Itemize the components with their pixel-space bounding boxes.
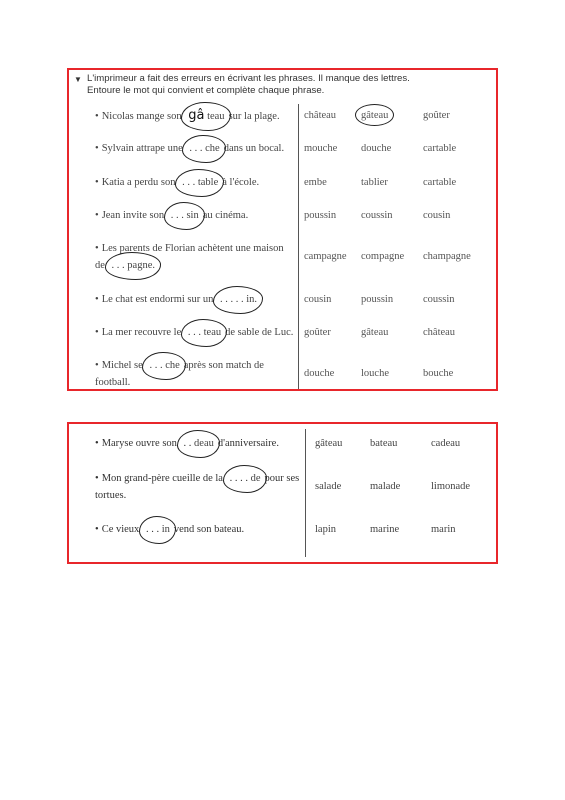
sentence-start: Mon grand-père cueille de la <box>102 473 223 484</box>
sentence-end: à l'école. <box>222 177 259 188</box>
answer-blank[interactable]: . . . pagne. <box>109 257 158 274</box>
answer-blank[interactable]: . . . che <box>146 357 182 374</box>
answer-blank[interactable]: gâ teau <box>185 107 227 125</box>
word-option[interactable]: cadeau <box>431 435 460 452</box>
word-option[interactable]: coussin <box>361 207 393 224</box>
blank-text: . . . <box>188 327 201 338</box>
sentence-start: Jean invite son <box>102 210 164 221</box>
blank-text: . . . . . <box>220 294 244 305</box>
sentence: •La mer recouvre le . . . teaude sable d… <box>95 324 295 341</box>
sentence: •Ce vieux . . . invend son bateau. <box>95 521 307 538</box>
word-option[interactable]: compagne <box>361 248 404 265</box>
triangle-down-icon: ▼ <box>74 74 82 86</box>
bullet: • <box>95 524 99 535</box>
word-option[interactable]: cousin <box>423 207 450 224</box>
blank-text: . . . <box>146 524 159 535</box>
sentence: •Michel se . . . cheaprès son match de f… <box>95 357 295 391</box>
word-option[interactable]: gâteau <box>361 324 388 341</box>
column-divider <box>298 104 299 389</box>
answer-blank[interactable]: . . . . . in. <box>217 291 260 308</box>
bullet: • <box>95 243 99 254</box>
instructions: ▼ L'imprimeur a fait des erreurs en écri… <box>74 73 494 97</box>
blank-text: . . . . <box>230 473 248 484</box>
instruction-line-2: Entoure le mot qui convient et complète … <box>74 85 494 97</box>
word-option[interactable]: château <box>304 107 336 124</box>
bullet: • <box>95 210 99 221</box>
sentence-end: vend son bateau. <box>174 524 244 535</box>
sentence: •Sylvain attrape une . . . chedans un bo… <box>95 140 295 157</box>
instruction-line-1: L'imprimeur a fait des erreurs en écriva… <box>74 73 494 85</box>
blank-text: . . . <box>182 177 195 188</box>
word-option[interactable]: marin <box>431 521 456 538</box>
blank-suffix: in <box>162 524 170 535</box>
word-option[interactable]: louche <box>361 365 389 382</box>
sentence-start: Ce vieux <box>102 524 140 535</box>
word-option[interactable]: bateau <box>370 435 397 452</box>
blank-text: . . . <box>149 360 162 371</box>
bullet: • <box>95 327 99 338</box>
answer-blank[interactable]: . . . teau <box>185 324 224 341</box>
blank-text: . . . <box>171 210 184 221</box>
word-option[interactable]: gâteau <box>315 435 342 452</box>
word-option[interactable]: embe <box>304 174 327 191</box>
word-option[interactable]: bouche <box>423 365 453 382</box>
word-option[interactable]: limonade <box>431 478 470 495</box>
word-option[interactable]: gâteau <box>361 107 388 124</box>
sentence-end: au cinéma. <box>203 210 248 221</box>
blank-suffix: teau <box>207 111 225 122</box>
sentence-end: dans un bocal. <box>224 143 284 154</box>
word-option[interactable]: champagne <box>423 248 471 265</box>
word-option[interactable]: cartable <box>423 174 456 191</box>
blank-suffix: de <box>251 473 261 484</box>
sentence-end: de sable de Luc. <box>225 327 293 338</box>
sentence-start: Katia a perdu son <box>102 177 176 188</box>
word-option[interactable]: cousin <box>304 291 331 308</box>
sentence: •Nicolas mange son gâ teausur la plage. <box>95 107 295 125</box>
sentence-start: La mer recouvre le <box>102 327 182 338</box>
word-option[interactable]: poussin <box>361 291 393 308</box>
blank-suffix: che <box>165 360 180 371</box>
word-option[interactable]: douche <box>304 365 334 382</box>
word-option[interactable]: salade <box>315 478 341 495</box>
word-option[interactable]: douche <box>361 140 391 157</box>
sentence-start: Michel se <box>102 360 143 371</box>
sentence-start: Nicolas mange son <box>102 111 182 122</box>
word-option[interactable]: lapin <box>315 521 336 538</box>
sentence: •Mon grand-père cueille de la . . . . de… <box>95 470 307 504</box>
sentence-start: Maryse ouvre son <box>102 438 177 449</box>
exercise-2-box: •Maryse ouvre son . . deaud'anniversaire… <box>67 422 498 564</box>
answer-blank[interactable]: . . . che <box>186 140 222 157</box>
blank-suffix: che <box>205 143 220 154</box>
blank-text: . . . <box>112 260 125 271</box>
word-option[interactable]: mouche <box>304 140 337 157</box>
blank-suffix: sin <box>186 210 198 221</box>
blank-suffix: teau <box>204 327 222 338</box>
answer-blank[interactable]: . . deau <box>181 435 217 452</box>
bullet: • <box>95 143 99 154</box>
bullet: • <box>95 438 99 449</box>
sentence-start: Sylvain attrape une <box>102 143 183 154</box>
answer-blank[interactable]: . . . sin <box>168 207 202 224</box>
word-option[interactable]: marine <box>370 521 399 538</box>
word-option[interactable]: goûter <box>423 107 450 124</box>
word-option[interactable]: malade <box>370 478 400 495</box>
sentence: •Le chat est endormi sur un . . . . . in… <box>95 291 295 308</box>
blank-text: . . <box>184 438 192 449</box>
bullet: • <box>95 473 99 484</box>
word-option[interactable]: poussin <box>304 207 336 224</box>
sentence: •Jean invite son . . . sinau cinéma. <box>95 207 295 224</box>
sentence-start: Le chat est endormi sur un <box>102 294 214 305</box>
sentence-end: d'anniversaire. <box>218 438 279 449</box>
word-option[interactable]: coussin <box>423 291 455 308</box>
bullet: • <box>95 177 99 188</box>
word-option[interactable]: tablier <box>361 174 388 191</box>
word-option[interactable]: cartable <box>423 140 456 157</box>
blank-suffix: table <box>198 177 218 188</box>
sentence: •Maryse ouvre son . . deaud'anniversaire… <box>95 435 307 452</box>
sentence-end: sur la plage. <box>229 111 280 122</box>
answer-blank[interactable]: . . . in <box>143 521 173 538</box>
answer-blank[interactable]: . . . . de <box>227 470 264 487</box>
exercise-1-box: ▼ L'imprimeur a fait des erreurs en écri… <box>67 68 498 391</box>
sentence: •Katia a perdu son . . . tableà l'école. <box>95 174 295 191</box>
bullet: • <box>95 360 99 371</box>
blank-suffix: in. <box>246 294 257 305</box>
bullet: • <box>95 111 99 122</box>
blank-text: gâ <box>188 108 204 123</box>
blank-suffix: pagne. <box>127 260 155 271</box>
answer-blank[interactable]: . . . table <box>179 174 221 191</box>
word-option[interactable]: campagne <box>304 248 347 265</box>
word-option[interactable]: château <box>423 324 455 341</box>
word-option[interactable]: goûter <box>304 324 331 341</box>
blank-suffix: deau <box>194 438 214 449</box>
blank-text: . . . <box>189 143 202 154</box>
bullet: • <box>95 294 99 305</box>
sentence: •Les parents de Florian achètent une mai… <box>95 240 295 274</box>
